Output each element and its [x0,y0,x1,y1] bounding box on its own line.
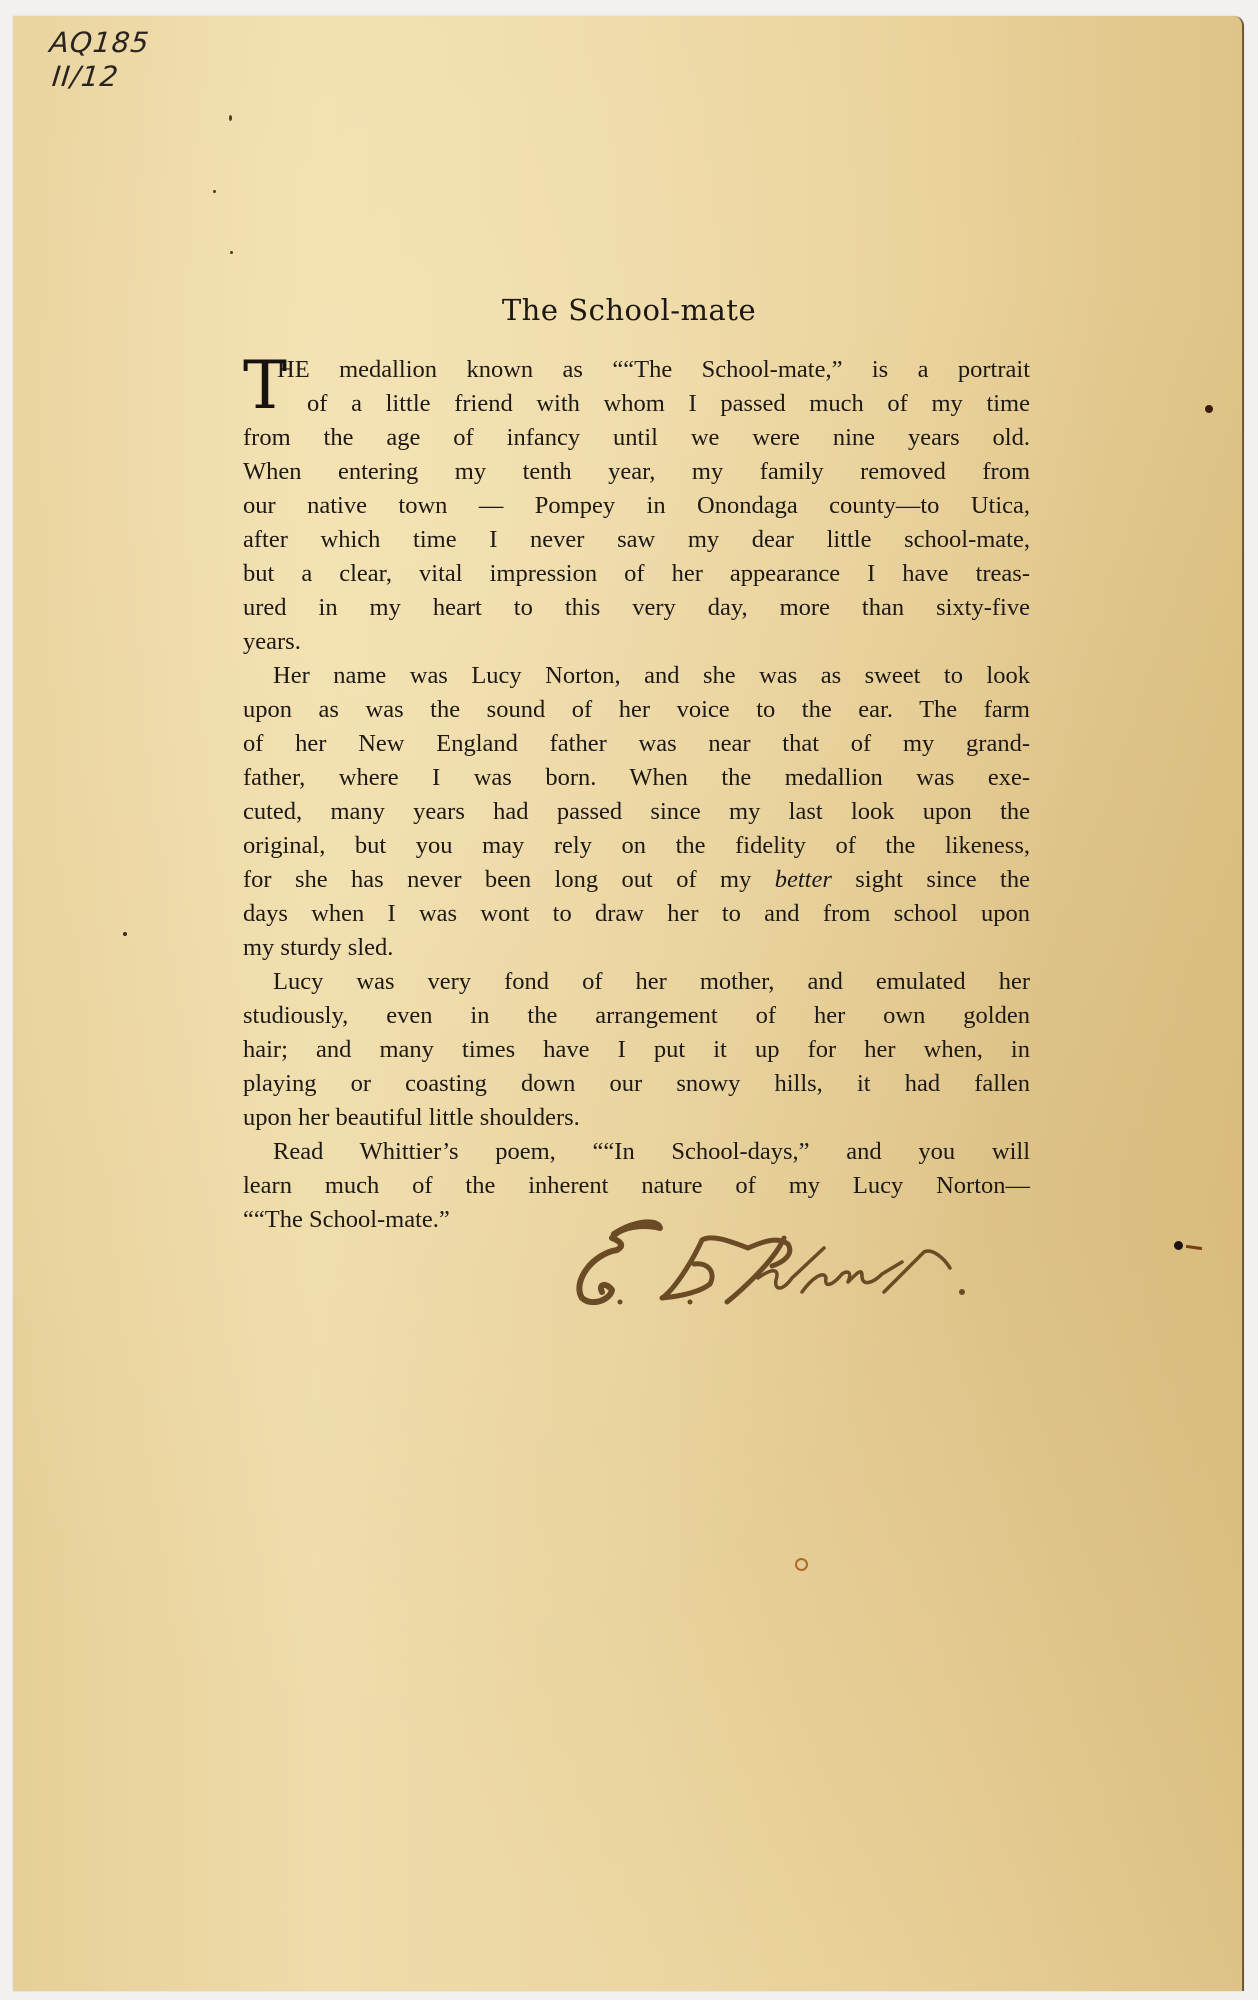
text-line: hair; and many times have I put it up fo… [243,1033,1030,1067]
text-line-with-emphasis: for she has never been long out of my be… [243,863,1030,897]
ink-speck [213,190,216,193]
text-line: our native town — Pompey in Onondaga cou… [243,489,1030,523]
catalog-number: AQ185 [48,26,151,60]
text-line: years. [243,625,1030,659]
text-line: of a little friend with whom I passed mu… [243,387,1030,421]
text-line: original, but you may rely on the fideli… [243,829,1030,863]
text-line: days when I was wont to draw her to and … [243,897,1030,931]
text-segment: for she has never been long out of my [243,866,775,893]
text-line: upon her beautiful little shoulders. [243,1101,1030,1135]
text-line: my sturdy sled. [243,931,1030,965]
text-line: upon as was the sound of her voice to th… [243,693,1030,727]
text-line: cuted, many years had passed since my la… [243,795,1030,829]
text-line: of her New England father was near that … [243,727,1030,761]
drop-cap: T [243,355,287,417]
ink-speck [229,115,232,121]
text-line: after which time I never saw my dear lit… [243,523,1030,557]
text-line: HE medallion known as ““The School-mate,… [243,353,1030,387]
text-line: When entering my tenth year, my family r… [243,455,1030,489]
signature: E. D. Palmer [562,1212,1002,1312]
text-line: Read Whittier’s poem, ““In School-days,”… [243,1135,1030,1169]
text-segment: sight since the [832,866,1030,893]
paragraph-3: Lucy was very fond of her mother, and em… [243,965,1030,1135]
ink-dot [1205,405,1213,413]
text-line: from the age of infancy until we were ni… [243,421,1030,455]
text-line: playing or coasting down our snowy hills… [243,1067,1030,1101]
catalog-annotation: AQ185 II/12 [44,26,151,94]
catalog-subnumber: II/12 [44,60,147,94]
emphasized-word: better [775,866,832,893]
paragraph-1: T HE medallion known as ““The School-mat… [243,353,1030,659]
document-title: The School-mate [0,293,1258,327]
ink-speck [123,932,127,936]
ink-speck [230,251,233,254]
document-body: T HE medallion known as ““The School-mat… [243,353,1030,1237]
paragraph-2: Her name was Lucy Norton, and she was as… [243,659,1030,965]
ink-dot [1174,1241,1183,1250]
text-line: but a clear, vital impression of her app… [243,557,1030,591]
text-line: learn much of the inherent nature of my … [243,1169,1030,1203]
stain-ring [795,1558,808,1571]
text-line: studiously, even in the arrangement of h… [243,999,1030,1033]
text-line: Her name was Lucy Norton, and she was as… [243,659,1030,693]
text-line: ured in my heart to this very day, more … [243,591,1030,625]
signature-glyph-icon [562,1212,1002,1312]
text-line: Lucy was very fond of her mother, and em… [243,965,1030,999]
text-line: father, where I was born. When the medal… [243,761,1030,795]
